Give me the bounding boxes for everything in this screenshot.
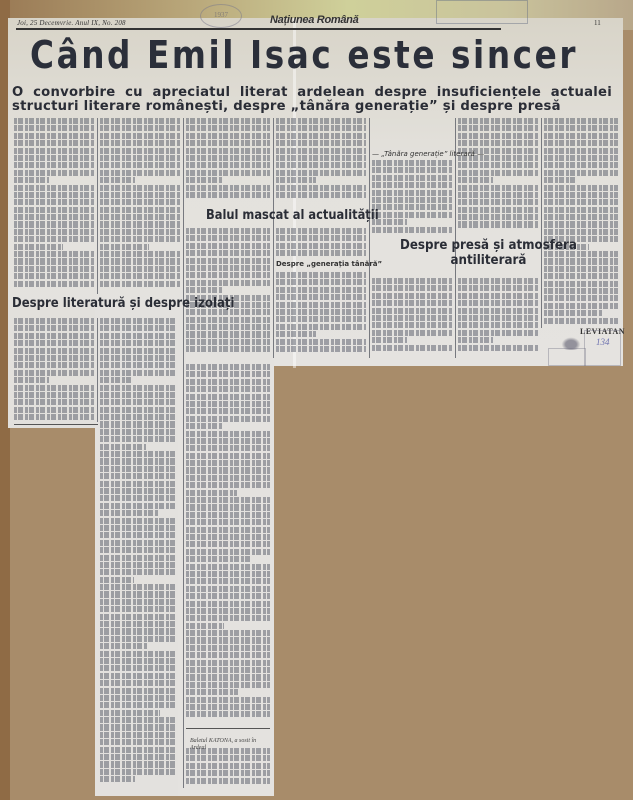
subhead-masked-ball: Balul mascat al actualității bbox=[206, 208, 379, 223]
text-column bbox=[458, 118, 538, 234]
column-rule bbox=[369, 118, 370, 358]
subhead-literature: Despre literatură și despre izolați bbox=[12, 296, 234, 311]
section-rule bbox=[14, 424, 98, 425]
subhead-press: Despre presă și atmosferaantiliterară bbox=[400, 238, 577, 268]
text-column bbox=[276, 118, 366, 204]
text-column bbox=[14, 118, 94, 294]
text-column bbox=[186, 364, 270, 722]
archive-stamp bbox=[436, 0, 528, 24]
headline: Când Emil Isac este sincer bbox=[30, 33, 578, 77]
page-number: 11 bbox=[594, 19, 601, 27]
text-column bbox=[276, 228, 366, 258]
column-rule bbox=[273, 118, 274, 358]
minihead-young-generation: — „Tânăra generație” literară — bbox=[372, 150, 484, 158]
text-column bbox=[186, 118, 270, 204]
column-rule bbox=[541, 118, 542, 328]
text-column bbox=[372, 160, 452, 234]
text-column bbox=[276, 272, 366, 356]
column-rule bbox=[97, 318, 98, 422]
text-column bbox=[458, 278, 538, 358]
text-column bbox=[186, 748, 270, 788]
minihead-generation: Despre „generația tânără” bbox=[276, 260, 382, 268]
library-stamp bbox=[584, 330, 621, 366]
bottom-note: Baletul KATONA, a sosit în Ardeal bbox=[190, 738, 270, 752]
text-column bbox=[100, 118, 180, 294]
section-rule bbox=[186, 728, 270, 729]
library-stamp bbox=[548, 348, 586, 366]
handwritten-signature: 134 bbox=[596, 337, 610, 347]
dateline: Joi, 25 Decemvrie. Anul IX, No. 208 bbox=[17, 19, 126, 27]
masthead: Națiunea Română bbox=[270, 14, 358, 26]
deck: O convorbire cu apreciatul literat ardel… bbox=[12, 86, 612, 114]
text-column bbox=[14, 318, 94, 422]
text-column bbox=[544, 118, 618, 326]
column-rule bbox=[183, 118, 184, 788]
text-column bbox=[372, 278, 452, 358]
column-rule bbox=[97, 118, 98, 294]
text-column bbox=[186, 228, 270, 356]
text-column bbox=[100, 318, 176, 788]
date-stamp: 1937 bbox=[200, 4, 242, 28]
header-rule bbox=[16, 28, 501, 30]
